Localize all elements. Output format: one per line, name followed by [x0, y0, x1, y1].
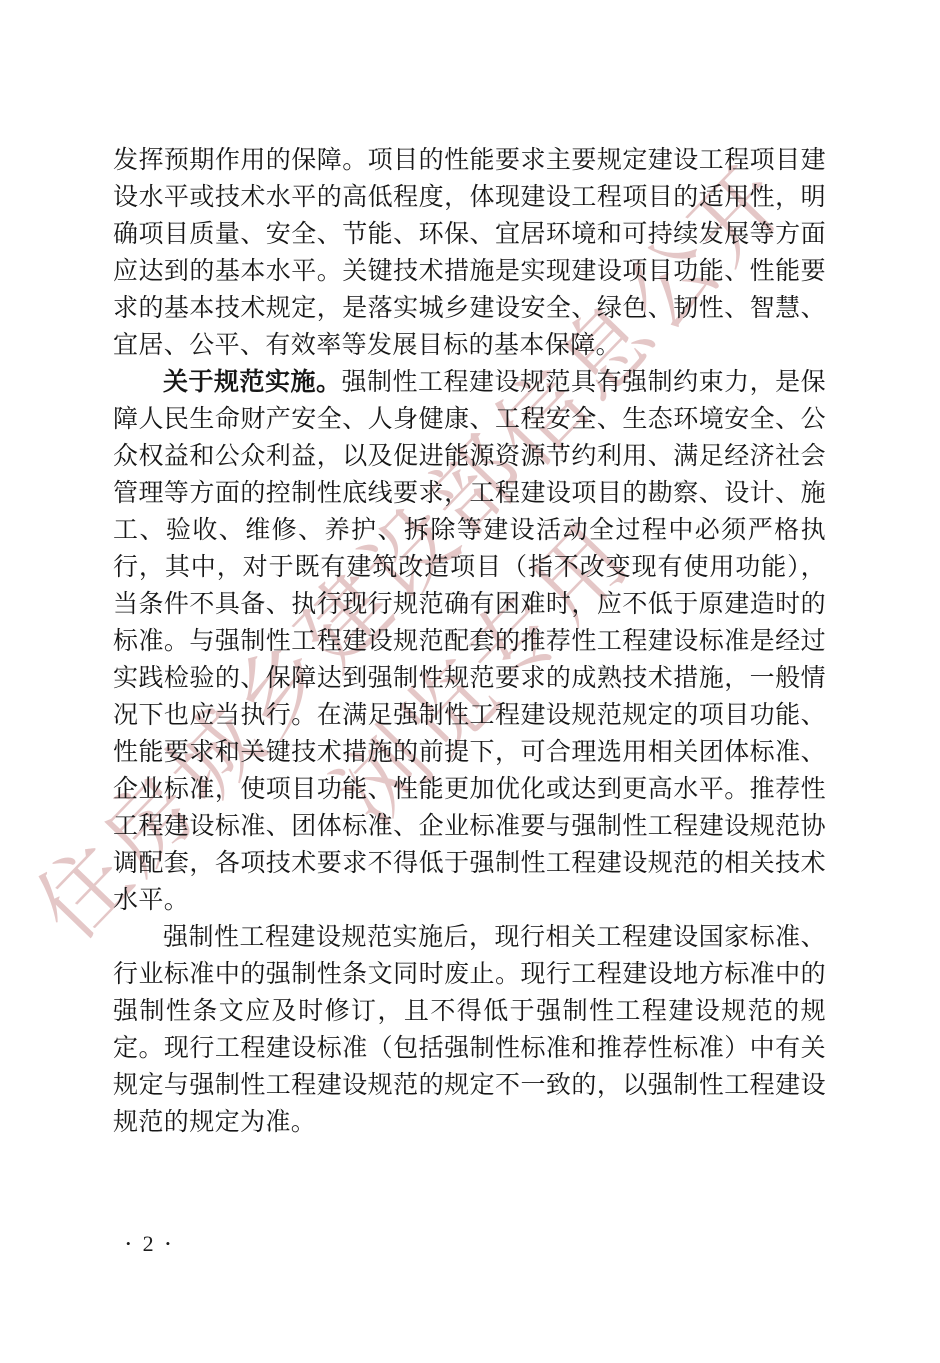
page-number-right-dot: •: [166, 1230, 171, 1258]
page-number: • 2 •: [126, 1230, 170, 1258]
document-page: 住房城乡建设部信息公开 浏览专用 发挥预期作用的保障。项目的性能要求主要规定建设…: [0, 0, 940, 1363]
paragraph-3-text: 强制性工程建设规范实施后，现行相关工程建设国家标准、行业标准中的强制性条文同时废…: [113, 924, 826, 1136]
page-content: 发挥预期作用的保障。项目的性能要求主要规定建设工程项目建设水平或技术水平的高低程…: [113, 142, 826, 1141]
paragraph-implementation: 关于规范实施。强制性工程建设规范具有强制约束力，是保障人民生命财产安全、人身健康…: [113, 364, 826, 919]
paragraph-2-lead: 关于规范实施。: [163, 368, 342, 396]
paragraph-abolition: 强制性工程建设规范实施后，现行相关工程建设国家标准、行业标准中的强制性条文同时废…: [113, 919, 826, 1141]
page-number-value: 2: [131, 1230, 166, 1258]
paragraph-1-text: 发挥预期作用的保障。项目的性能要求主要规定建设工程项目建设水平或技术水平的高低程…: [113, 147, 826, 359]
paragraph-continuation: 发挥预期作用的保障。项目的性能要求主要规定建设工程项目建设水平或技术水平的高低程…: [113, 142, 826, 364]
paragraph-2-text: 强制性工程建设规范具有强制约束力，是保障人民生命财产安全、人身健康、工程安全、生…: [113, 369, 826, 914]
